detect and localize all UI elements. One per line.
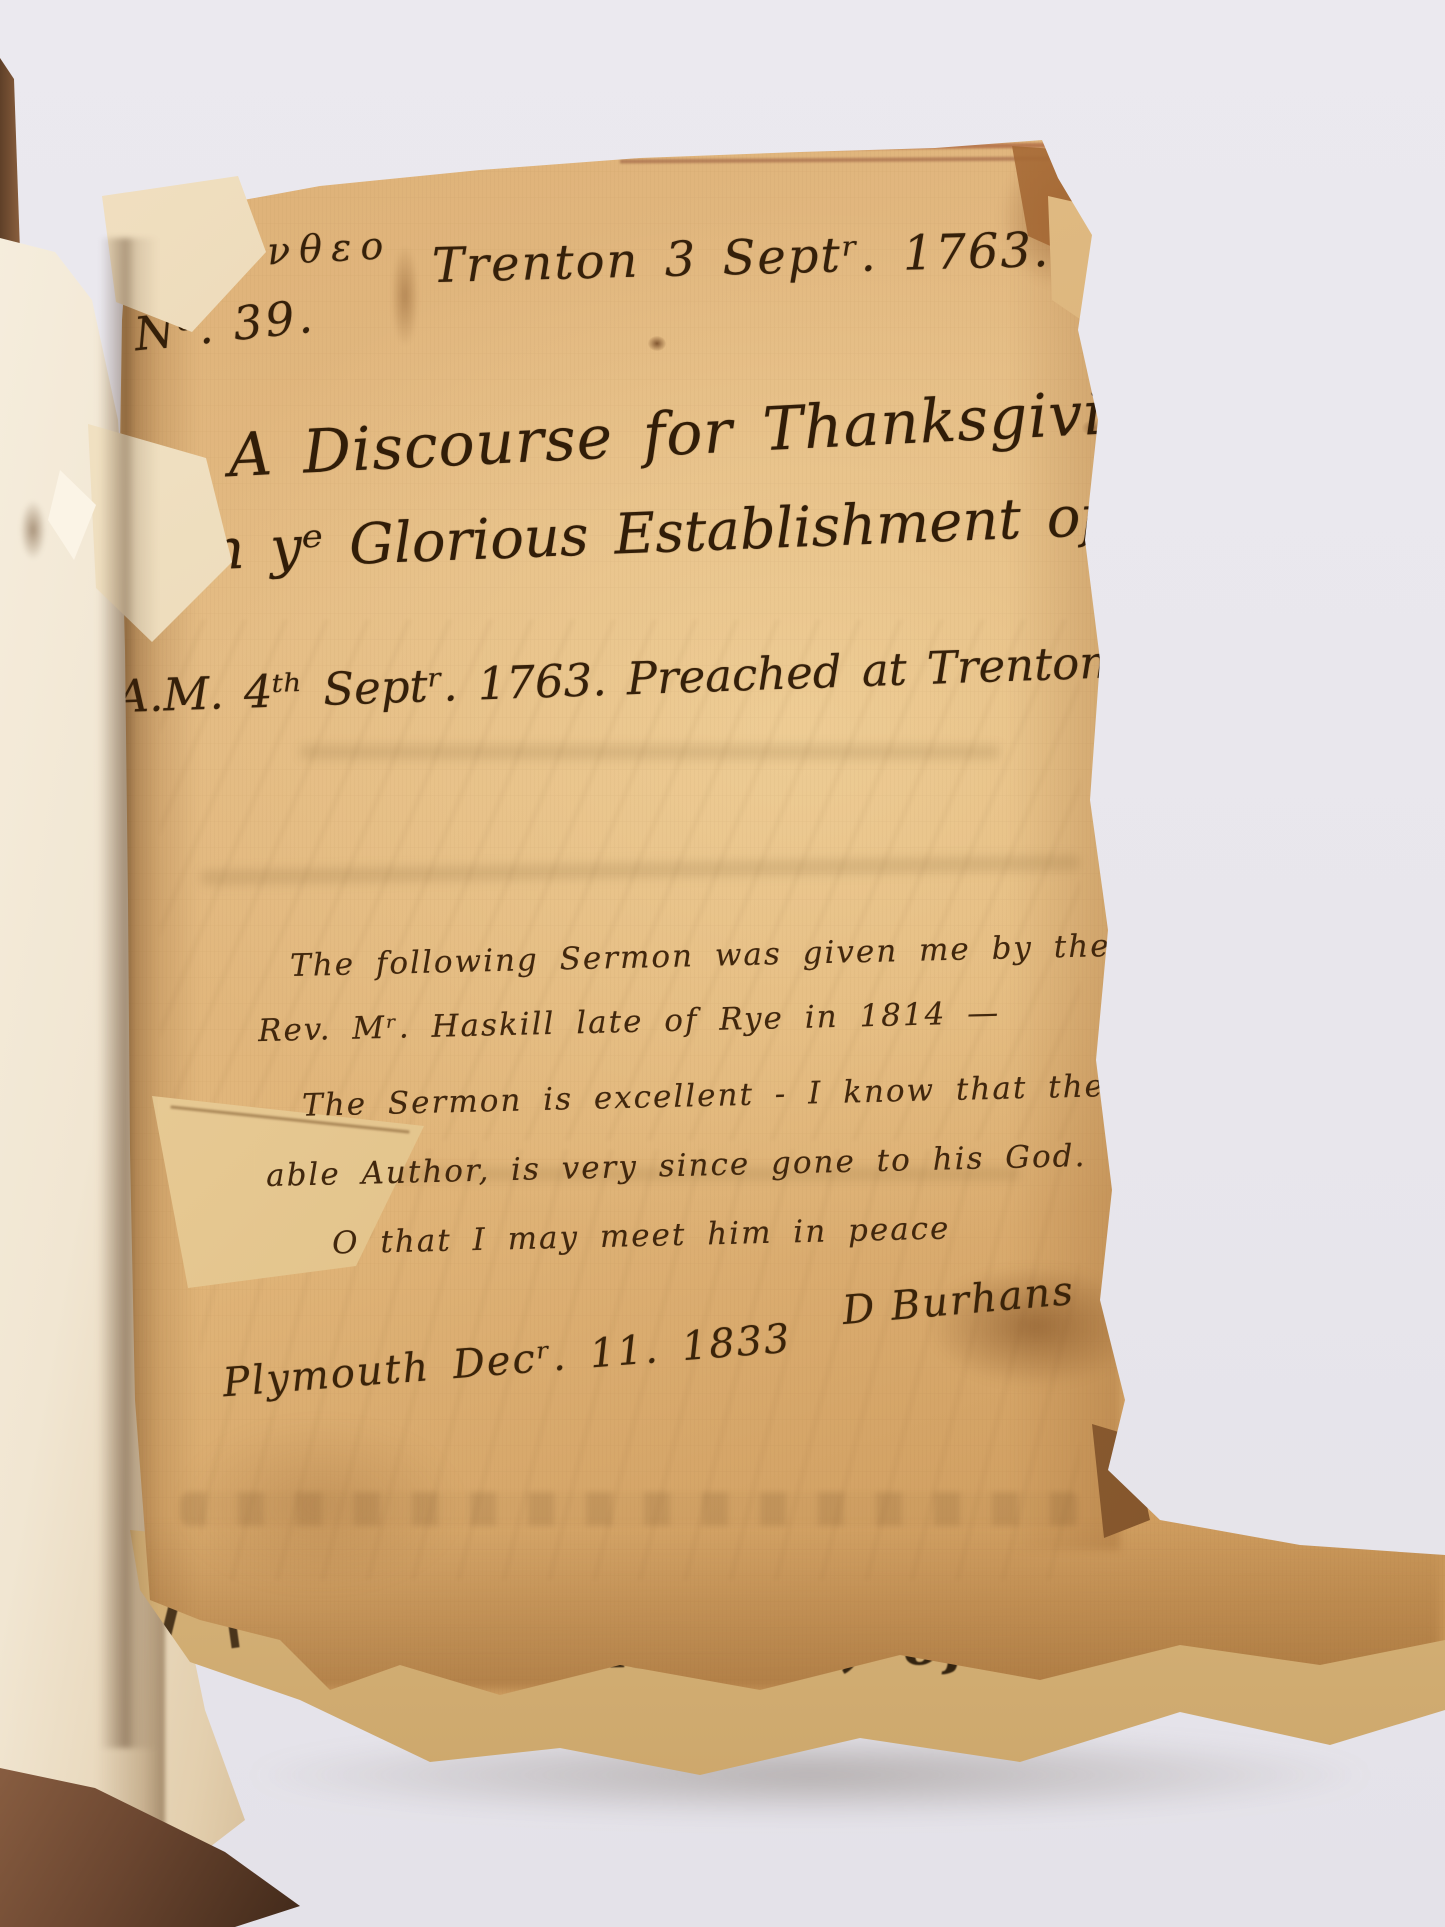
stain-drip (392, 248, 418, 344)
facing-page-stain (20, 500, 46, 560)
smudge (300, 745, 1000, 759)
photo-scene: realms One, of the συνθεο Nᵒ. 39. Trento… (0, 0, 1445, 1927)
damp-stain (180, 1420, 460, 1590)
ink-fleck (648, 336, 666, 351)
gutter-shadow (100, 238, 158, 1748)
book-cover-edge (0, 58, 20, 268)
